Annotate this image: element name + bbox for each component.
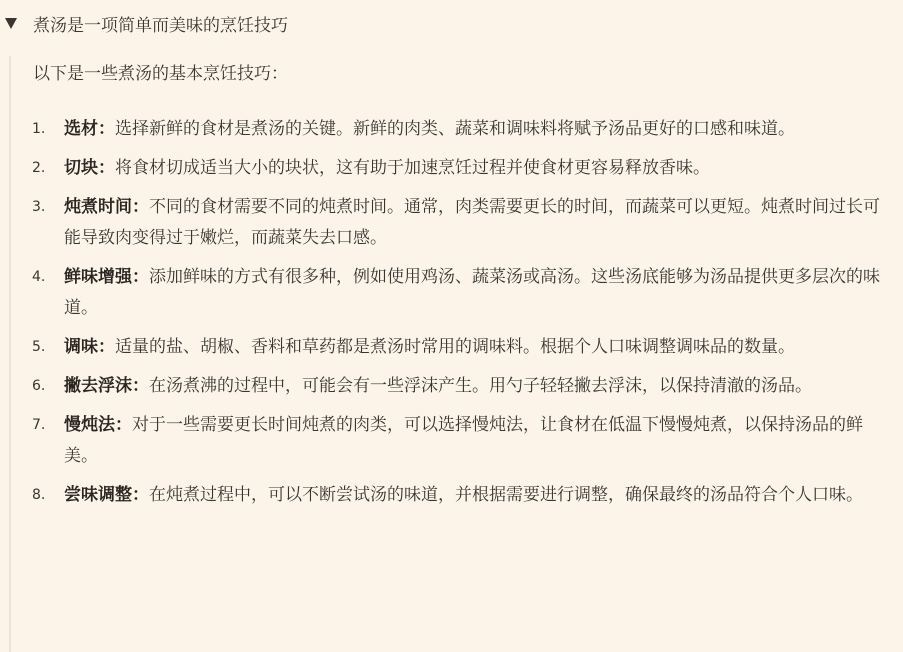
- tip-description: 对于一些需要更长时间炖煮的肉类，可以选择慢炖法，让食材在低温下慢慢炖煮，以保持汤…: [64, 415, 863, 466]
- list-item: 8.尝味调整：在炖煮过程中，可以不断尝试汤的味道，并根据需要进行调整，确保最终的…: [11, 480, 891, 511]
- tip-term: 尝味调整：: [64, 485, 149, 505]
- list-number: 1.: [32, 114, 45, 145]
- list-number: 2.: [32, 153, 45, 184]
- list-item: 6.撇去浮沫：在汤煮沸的过程中，可能会有一些浮沫产生。用勺子轻轻撇去浮沫，以保持…: [11, 371, 891, 402]
- summary-title: 煮汤是一项简单而美味的烹饪技巧: [33, 11, 288, 36]
- list-item: 1.选材：选择新鲜的食材是煮汤的关键。新鲜的肉类、蔬菜和调味料将赋予汤品更好的口…: [11, 114, 891, 145]
- list-number: 7.: [32, 410, 45, 441]
- list-item: 5.调味：适量的盐、胡椒、香料和草药都是煮汤时常用的调味料。根据个人口味调整调味…: [11, 332, 891, 363]
- list-item: 7.慢炖法：对于一些需要更长时间炖煮的肉类，可以选择慢炖法，让食材在低温下慢慢炖…: [11, 410, 891, 472]
- list-number: 6.: [32, 371, 45, 402]
- tip-description: 选择新鲜的食材是煮汤的关键。新鲜的肉类、蔬菜和调味料将赋予汤品更好的口感和味道。: [115, 119, 795, 139]
- list-number: 5.: [32, 332, 45, 363]
- list-item: 2.切块：将食材切成适当大小的块状，这有助于加速烹饪过程并使食材更容易释放香味。: [11, 153, 891, 184]
- details-content: 以下是一些煮汤的基本烹饪技巧： 1.选材：选择新鲜的食材是煮汤的关键。新鲜的肉类…: [9, 56, 901, 652]
- list-number: 4.: [32, 262, 45, 293]
- tip-description: 在汤煮沸的过程中，可能会有一些浮沫产生。用勺子轻轻撇去浮沫，以保持清澈的汤品。: [149, 376, 812, 396]
- disclosure-triangle-icon[interactable]: [5, 18, 17, 29]
- tip-description: 适量的盐、胡椒、香料和草药都是煮汤时常用的调味料。根据个人口味调整调味品的数量。: [115, 337, 795, 357]
- tip-description: 将食材切成适当大小的块状，这有助于加速烹饪过程并使食材更容易释放香味。: [115, 158, 710, 178]
- tips-list: 1.选材：选择新鲜的食材是煮汤的关键。新鲜的肉类、蔬菜和调味料将赋予汤品更好的口…: [11, 114, 891, 519]
- tip-term: 撇去浮沫：: [64, 376, 149, 396]
- tip-term: 鲜味增强：: [64, 267, 149, 287]
- tip-term: 炖煮时间：: [64, 197, 149, 217]
- tip-term: 调味：: [64, 337, 115, 357]
- list-item: 4.鲜味增强：添加鲜味的方式有很多种，例如使用鸡汤、蔬菜汤或高汤。这些汤底能够为…: [11, 262, 891, 324]
- list-number: 8.: [32, 480, 45, 511]
- tip-description: 在炖煮过程中，可以不断尝试汤的味道，并根据需要进行调整，确保最终的汤品符合个人口…: [149, 485, 863, 505]
- tip-description: 添加鲜味的方式有很多种，例如使用鸡汤、蔬菜汤或高汤。这些汤底能够为汤品提供更多层…: [64, 267, 880, 318]
- list-item: 3.炖煮时间：不同的食材需要不同的炖煮时间。通常，肉类需要更长的时间，而蔬菜可以…: [11, 192, 891, 254]
- intro-text: 以下是一些煮汤的基本烹饪技巧：: [33, 60, 288, 88]
- list-number: 3.: [32, 192, 45, 223]
- details-summary-toggle[interactable]: 煮汤是一项简单而美味的烹饪技巧: [0, 8, 288, 38]
- tip-term: 选材：: [64, 119, 115, 139]
- tip-term: 切块：: [64, 158, 115, 178]
- tip-description: 不同的食材需要不同的炖煮时间。通常，肉类需要更长的时间，而蔬菜可以更短。炖煮时间…: [64, 197, 880, 248]
- tip-term: 慢炖法：: [64, 415, 132, 435]
